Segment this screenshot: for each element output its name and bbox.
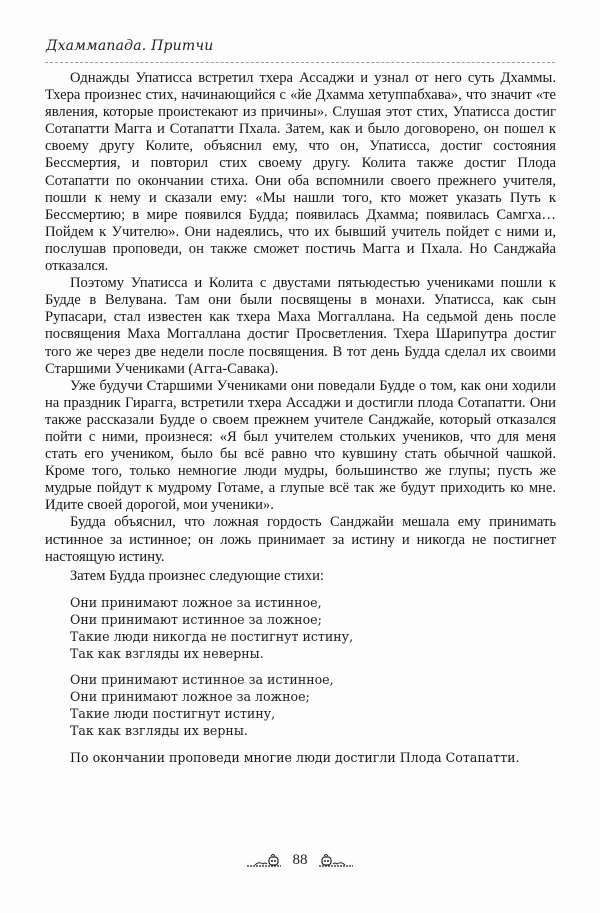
paragraph-1: Однажды Упатисса встретил тхера Ассаджи … — [45, 70, 556, 275]
running-title: Дхаммапада. Притчи — [46, 38, 213, 54]
header-rule — [45, 62, 555, 63]
verse-line: Они принимают ложное за ложное; — [70, 688, 556, 705]
verse-stanza-1: Они принимают ложное за истинное, Они пр… — [70, 594, 556, 662]
verse-intro: Затем Будда произнес следующие стихи: — [45, 568, 556, 585]
ornament-left-icon — [247, 854, 281, 868]
closing-paragraph: По окончании проповеди многие люди дости… — [45, 749, 556, 766]
page-body: Однажды Упатисса встретил тхера Ассаджи … — [45, 70, 556, 766]
page-number: 88 — [293, 852, 308, 869]
book-page: Дхаммапада. Притчи Однажды Упатисса встр… — [0, 0, 600, 913]
verse-line: Они принимают истинное за ложное; — [70, 611, 556, 628]
verse-line: Такие люди никогда не постигнут истину, — [70, 628, 556, 645]
paragraph-3: Уже будучи Старшими Учениками они поведа… — [45, 378, 556, 515]
paragraph-4: Будда объяснил, что ложная гордость Санд… — [45, 514, 556, 565]
verse-line: Такие люди постигнут истину, — [70, 705, 556, 722]
ornament-right-icon — [319, 854, 353, 868]
verse-line: Так как взгляды их верны. — [70, 722, 556, 739]
verse-stanza-2: Они принимают истинное за истинное, Они … — [70, 671, 556, 739]
paragraph-2: Поэтому Упатисса и Колита с двустами пят… — [45, 275, 556, 378]
verse-line: Так как взгляды их неверны. — [70, 645, 556, 662]
page-footer: 88 — [0, 852, 600, 869]
verse-line: Они принимают ложное за истинное, — [70, 594, 556, 611]
verse-line: Они принимают истинное за истинное, — [70, 671, 556, 688]
